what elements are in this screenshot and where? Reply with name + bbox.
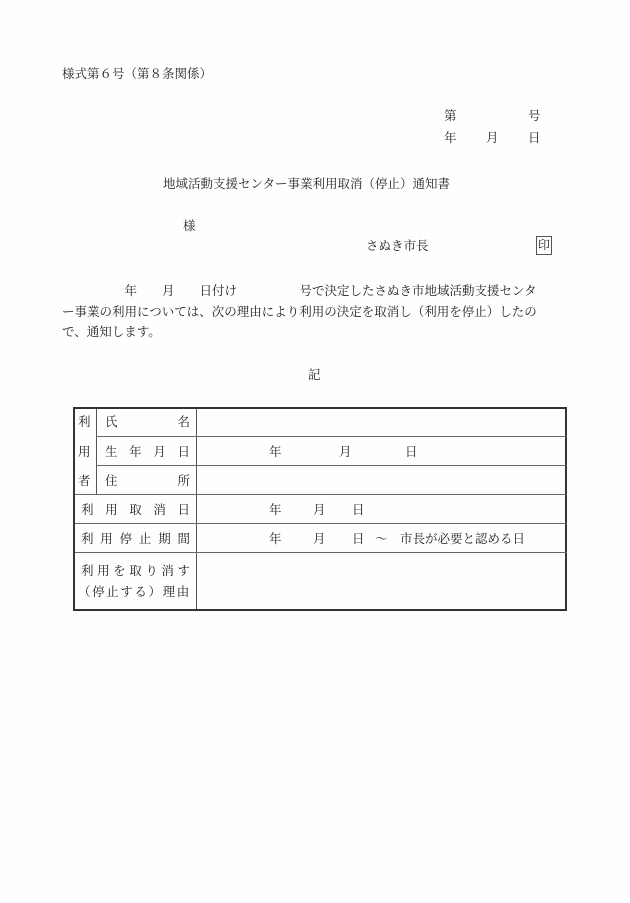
label-name: 氏 名	[105, 414, 190, 430]
issue-month: 月	[486, 130, 499, 146]
cancel-day: 日	[352, 502, 365, 518]
body-line-1: 年 月 日付け 号で決定したさぬき市地域活動支援センタ	[62, 281, 572, 302]
seal-mark: 印	[536, 236, 552, 255]
user-group-divider	[96, 409, 97, 494]
reason-value-field[interactable]	[197, 553, 567, 609]
doc-number-prefix: 第	[444, 108, 457, 124]
label-reason-line2: （停止する）理由	[78, 584, 191, 600]
user-info-table: 利 用 者 氏 名 生 年 月 日 年 月 日 住 所 利 用 取 消 日 年 …	[73, 407, 567, 611]
label-reason-line1: 利 用 を 取 り 消 す	[81, 563, 190, 579]
suspend-month: 月	[313, 531, 326, 547]
addressee-suffix: 様	[183, 218, 196, 234]
document-title: 地域活動支援センター事業利用取消（停止）通知書	[163, 176, 450, 192]
row-divider	[96, 436, 567, 437]
ki-heading: 記	[308, 367, 321, 383]
cancel-year: 年	[269, 502, 282, 518]
tilde-separator: ～	[375, 531, 388, 547]
address-value-field[interactable]	[197, 466, 567, 494]
cancel-month: 月	[313, 502, 326, 518]
birth-year: 年	[269, 444, 282, 460]
label-suspension-period: 利 用 停 止 期 間	[81, 531, 190, 547]
doc-number-suffix: 号	[528, 108, 541, 124]
issue-year: 年	[444, 130, 457, 146]
notice-body: 年 月 日付け 号で決定したさぬき市地域活動支援センタ ー事業の利用については、…	[62, 281, 572, 343]
row-divider	[75, 523, 567, 524]
birth-day: 日	[405, 444, 418, 460]
sender-name: さぬき市長	[366, 238, 429, 254]
body-line-3: で、通知します。	[62, 322, 572, 343]
suspend-year: 年	[269, 531, 282, 547]
user-group-char: 用	[78, 444, 91, 460]
name-value-field[interactable]	[197, 409, 567, 436]
form-number: 様式第６号（第８条関係）	[62, 66, 212, 82]
row-divider	[75, 494, 567, 495]
user-group-char: 者	[78, 473, 91, 489]
issue-day: 日	[528, 130, 541, 146]
label-address: 住 所	[105, 473, 190, 489]
user-group-char: 利	[78, 414, 91, 430]
birth-month: 月	[339, 444, 352, 460]
body-line-2: ー事業の利用については、次の理由により利用の決定を取消し（利用を停止）したの	[62, 302, 572, 323]
label-birth-date: 生 年 月 日	[105, 444, 190, 460]
suspend-day: 日	[352, 531, 365, 547]
label-cancel-date: 利 用 取 消 日	[81, 502, 190, 518]
suspend-end-text: 市長が必要と認める日	[400, 531, 525, 547]
